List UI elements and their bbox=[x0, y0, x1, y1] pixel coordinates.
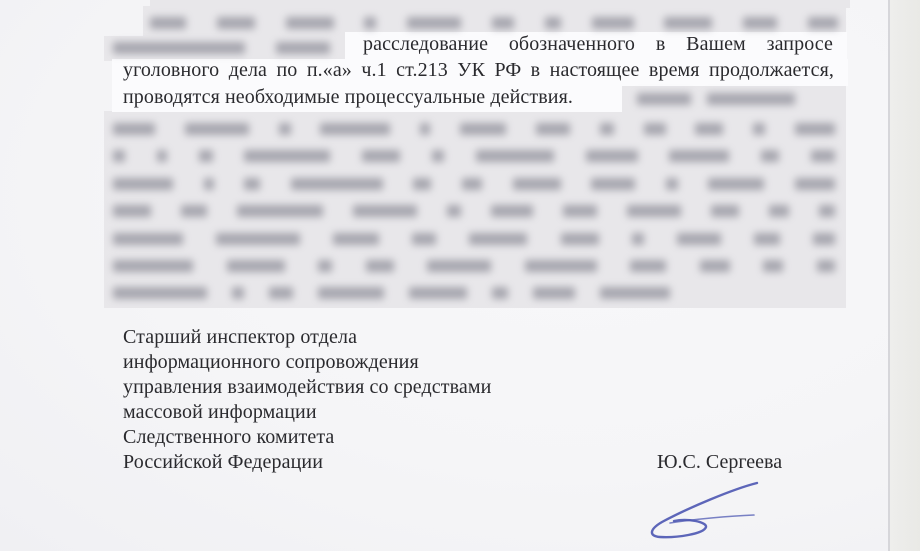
redacted-word bbox=[632, 233, 644, 245]
redacted-word bbox=[669, 150, 729, 162]
redacted-word bbox=[320, 123, 390, 135]
redacted-word bbox=[204, 178, 214, 190]
redacted-word bbox=[592, 17, 634, 29]
redacted-word bbox=[708, 178, 764, 190]
redacted-text-line bbox=[113, 149, 835, 163]
redacted-word bbox=[407, 17, 461, 29]
redacted-word bbox=[366, 260, 394, 272]
redacted-word bbox=[525, 260, 597, 272]
redacted-text-line bbox=[113, 177, 835, 191]
redacted-word bbox=[181, 205, 207, 217]
redacted-word bbox=[232, 287, 244, 299]
redacted-word bbox=[795, 123, 835, 135]
signature-title-line: управления взаимодействия со средствами bbox=[123, 375, 491, 400]
redacted-word bbox=[819, 205, 835, 217]
redacted-word bbox=[753, 123, 765, 135]
redacted-word bbox=[409, 287, 467, 299]
redacted-word bbox=[811, 150, 835, 162]
redacted-word bbox=[413, 178, 431, 190]
redacted-text-line bbox=[113, 204, 835, 218]
redacted-word bbox=[591, 178, 635, 190]
redacted-word bbox=[244, 178, 260, 190]
redacted-word bbox=[113, 233, 183, 245]
redacted-word bbox=[460, 123, 506, 135]
redacted-word bbox=[695, 123, 723, 135]
redacted-word bbox=[637, 93, 691, 105]
redacted-word bbox=[150, 17, 186, 29]
redacted-word bbox=[586, 150, 638, 162]
body-text-case-line: уголовного дела по п.«а» ч.1 ст.213 УК Р… bbox=[123, 57, 834, 83]
redacted-word bbox=[113, 178, 173, 190]
body-text-actions-line: проводятся необходимые процессуальные де… bbox=[123, 84, 573, 110]
redacted-word bbox=[476, 150, 554, 162]
signature-title-line: Российской Федерации bbox=[123, 450, 491, 475]
redacted-word bbox=[237, 205, 323, 217]
redacted-text-line bbox=[113, 122, 835, 136]
redacted-word bbox=[447, 205, 461, 217]
redacted-word bbox=[561, 233, 599, 245]
redacted-word bbox=[318, 287, 384, 299]
redacted-word bbox=[364, 17, 376, 29]
redacted-word bbox=[469, 233, 527, 245]
redacted-word bbox=[113, 42, 245, 54]
redacted-word bbox=[795, 178, 835, 190]
redacted-word bbox=[492, 287, 508, 299]
redacted-word bbox=[286, 17, 334, 29]
redacted-word bbox=[627, 205, 681, 217]
redacted-word bbox=[318, 260, 332, 272]
signature-title-block: Старший инспектор отдела информационного… bbox=[123, 325, 491, 475]
redacted-word bbox=[199, 150, 213, 162]
body-text-opening-fragment: расследование обозначенного в Вашем запр… bbox=[363, 31, 833, 57]
redacted-word bbox=[462, 178, 482, 190]
redacted-word bbox=[113, 287, 207, 299]
redacted-word bbox=[813, 233, 835, 245]
document-page: расследование обозначенного в Вашем запр… bbox=[0, 0, 920, 551]
redacted-word bbox=[492, 17, 514, 29]
redacted-word bbox=[761, 150, 779, 162]
redacted-word bbox=[333, 233, 379, 245]
redacted-word bbox=[666, 178, 678, 190]
redacted-word bbox=[362, 150, 400, 162]
redacted-word bbox=[269, 287, 293, 299]
redacted-text-line bbox=[637, 92, 795, 105]
redacted-word bbox=[244, 150, 330, 162]
redacted-word bbox=[600, 287, 670, 299]
redacted-word bbox=[600, 123, 614, 135]
signature-title-line: Старший инспектор отдела bbox=[123, 325, 491, 350]
handwritten-signature bbox=[630, 472, 790, 542]
redacted-word bbox=[707, 93, 795, 105]
redacted-word bbox=[711, 205, 739, 217]
redacted-word bbox=[700, 260, 730, 272]
redacted-word bbox=[563, 205, 597, 217]
redacted-word bbox=[677, 233, 721, 245]
redacted-word bbox=[113, 150, 125, 162]
redacted-text-line bbox=[113, 286, 670, 300]
redacted-word bbox=[353, 205, 417, 217]
redacted-word bbox=[217, 17, 255, 29]
redacted-word bbox=[664, 17, 712, 29]
redacted-word bbox=[533, 287, 575, 299]
redacted-word bbox=[644, 123, 666, 135]
redacted-text-line bbox=[113, 41, 330, 54]
redacted-word bbox=[216, 233, 300, 245]
redacted-word bbox=[630, 260, 666, 272]
signature-title-line: информационного сопровождения bbox=[123, 350, 491, 375]
redacted-word bbox=[279, 123, 291, 135]
redacted-text-line bbox=[113, 259, 835, 273]
redacted-word bbox=[427, 260, 491, 272]
redacted-word bbox=[291, 178, 383, 190]
redacted-word bbox=[817, 260, 835, 272]
redacted-word bbox=[227, 260, 285, 272]
redacted-word bbox=[763, 260, 783, 272]
redacted-word bbox=[808, 17, 838, 29]
redacted-text-line bbox=[150, 16, 838, 30]
redacted-word bbox=[412, 233, 436, 245]
redacted-word bbox=[769, 205, 789, 217]
redacted-word bbox=[276, 42, 330, 54]
scanner-margin-strip bbox=[890, 0, 920, 551]
redacted-word bbox=[536, 123, 570, 135]
redacted-word bbox=[113, 260, 193, 272]
redacted-word bbox=[754, 233, 780, 245]
redacted-word bbox=[513, 178, 561, 190]
redacted-word bbox=[185, 123, 249, 135]
redacted-word bbox=[420, 123, 430, 135]
redacted-word bbox=[113, 123, 155, 135]
signature-title-line: массовой информации bbox=[123, 400, 491, 425]
redacted-word bbox=[113, 205, 151, 217]
redacted-word bbox=[545, 17, 561, 29]
redacted-word bbox=[743, 17, 777, 29]
redacted-word bbox=[157, 150, 167, 162]
signature-title-line: Следственного комитета bbox=[123, 425, 491, 450]
redacted-word bbox=[491, 205, 533, 217]
redacted-text-line bbox=[113, 232, 835, 246]
redacted-word bbox=[432, 150, 444, 162]
